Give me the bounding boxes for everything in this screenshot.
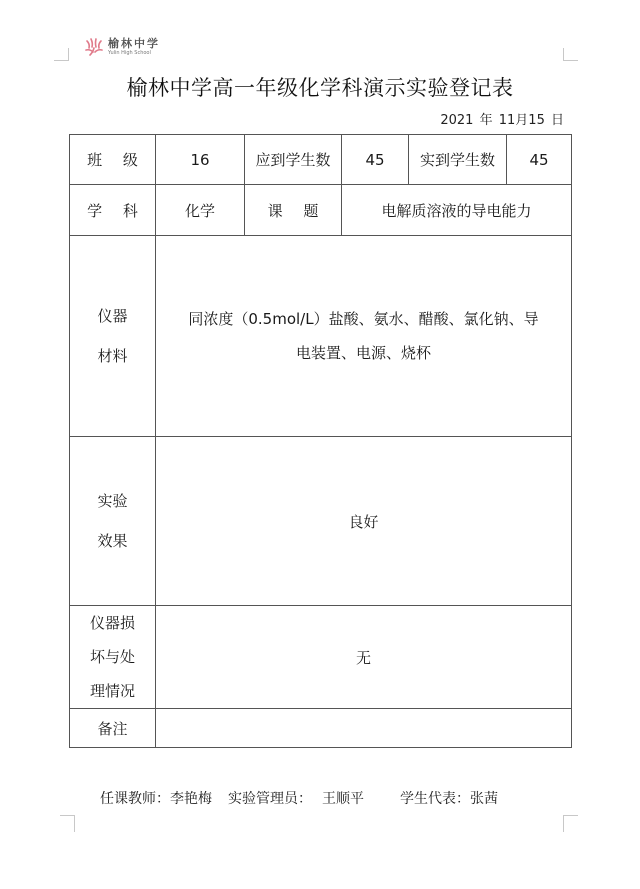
topic-value: 电解质溶液的导电能力 <box>342 185 572 236</box>
class-value: 16 <box>156 135 245 185</box>
damage-label: 仪器损 坏与处 理情况 <box>70 606 156 709</box>
actual-students-label: 实到学生数 <box>409 135 507 185</box>
materials-label-line1: 仪器 <box>70 296 155 336</box>
subject-label: 学 科 <box>70 185 156 236</box>
manager-name: 王顺平 <box>322 788 364 808</box>
subject-value: 化学 <box>156 185 245 236</box>
manager-label: 实验管理员： <box>228 788 312 808</box>
remarks-label: 备注 <box>70 709 156 748</box>
materials-value-line2: 电装置、电源、烧杯 <box>164 336 563 370</box>
school-logo: 榆林中学 Yulin High School <box>84 37 160 57</box>
page-title: 榆林中学高一年级化学科演示实验登记表 <box>0 72 640 102</box>
table-row-materials: 仪器 材料 同浓度（0.5mol/L）盐酸、氨水、醋酸、氯化钠、导 电装置、电源… <box>70 236 572 437</box>
date-year: 2021 <box>440 113 473 128</box>
expected-students-value: 45 <box>342 135 409 185</box>
record-date: 2021 年 11月15 日 <box>440 109 564 128</box>
materials-value-line1: 同浓度（0.5mol/L）盐酸、氨水、醋酸、氯化钠、导 <box>164 302 563 336</box>
crop-mark-top-right <box>563 48 578 61</box>
table-row-subject: 学 科 化学 课 题 电解质溶液的导电能力 <box>70 185 572 236</box>
crop-mark-bottom-right <box>563 815 578 832</box>
date-day: 15 <box>528 113 545 128</box>
date-month-unit: 月 <box>515 113 528 128</box>
student-rep-name: 张茜 <box>470 788 498 808</box>
expected-students-label: 应到学生数 <box>245 135 342 185</box>
date-month: 11 <box>499 113 516 128</box>
date-year-unit: 年 <box>480 113 493 128</box>
damage-label-line2: 坏与处 <box>70 640 155 674</box>
materials-value: 同浓度（0.5mol/L）盐酸、氨水、醋酸、氯化钠、导 电装置、电源、烧杯 <box>156 236 572 437</box>
remarks-value <box>156 709 572 748</box>
damage-value: 无 <box>156 606 572 709</box>
topic-label: 课 题 <box>245 185 342 236</box>
effect-label-line2: 效果 <box>70 521 155 561</box>
student-rep-label: 学生代表： <box>400 788 470 808</box>
effect-label: 实验 效果 <box>70 437 156 606</box>
materials-label: 仪器 材料 <box>70 236 156 437</box>
damage-label-line1: 仪器损 <box>70 606 155 640</box>
table-row-damage: 仪器损 坏与处 理情况 无 <box>70 606 572 709</box>
registration-table: 班 级 16 应到学生数 45 实到学生数 45 学 科 化学 课 题 电解质溶… <box>69 134 572 748</box>
table-row-class: 班 级 16 应到学生数 45 实到学生数 45 <box>70 135 572 185</box>
school-emblem-icon <box>84 37 104 57</box>
school-name-en: Yulin High School <box>108 51 160 56</box>
school-name-cn: 榆林中学 <box>108 38 160 49</box>
teacher-label: 任课教师： <box>100 788 170 808</box>
table-row-effect: 实验 效果 良好 <box>70 437 572 606</box>
teacher-name: 李艳梅 <box>170 788 212 808</box>
class-label: 班 级 <box>70 135 156 185</box>
table-row-remarks: 备注 <box>70 709 572 748</box>
crop-mark-bottom-left <box>60 815 75 832</box>
actual-students-value: 45 <box>507 135 572 185</box>
damage-label-line3: 理情况 <box>70 674 155 708</box>
materials-label-line2: 材料 <box>70 336 155 376</box>
effect-value: 良好 <box>156 437 572 606</box>
signature-footer: 任课教师：李艳梅实验管理员：王顺平学生代表：张茜 <box>100 788 498 808</box>
effect-label-line1: 实验 <box>70 481 155 521</box>
date-day-unit: 日 <box>551 113 564 128</box>
crop-mark-top-left <box>54 48 69 61</box>
